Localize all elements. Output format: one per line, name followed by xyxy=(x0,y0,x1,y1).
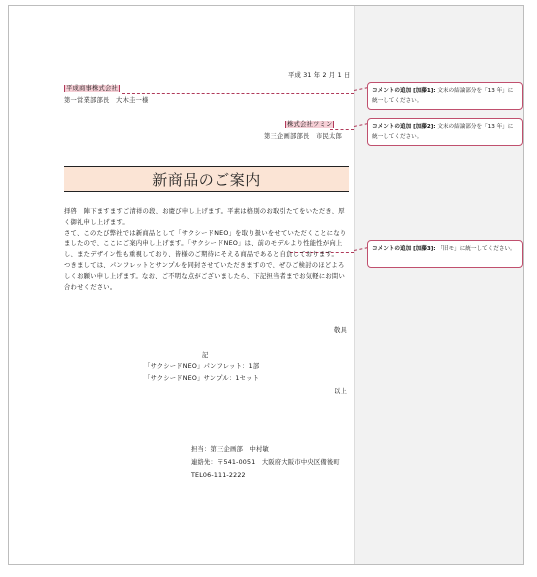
body-paragraph-1: 拝啓 陣下ますますご清祥の段、お慶び申し上げます。平素は格別のお取引たてをいただ… xyxy=(64,207,349,229)
comment-author: コメントの追加 [加藤2]: xyxy=(372,124,436,130)
enclosure-item-2: 「サクシードNEO」サンプル：1セット xyxy=(144,375,259,383)
comment-balloon-2[interactable]: コメントの追加 [加藤2]: 文末の結論部分を「13 年」に統一してください。 xyxy=(367,118,523,146)
comment-author: コメントの追加 [加藤1]: xyxy=(372,88,436,94)
comment-text: 「旧モ」に統一してください。 xyxy=(437,246,515,252)
comment-connector-1 xyxy=(122,93,354,94)
recipient-company[interactable]: 平成商事株式会社 xyxy=(64,85,120,93)
comment-balloon-3[interactable]: コメントの追加 [加藤3]: 「旧モ」に統一してください。 xyxy=(367,240,523,268)
comment-balloon-1[interactable]: コメントの追加 [加藤1]: 文末の結論部分を「13 年」に統一してください。 xyxy=(367,82,523,110)
body-paragraph-2: さて、このたび弊社では新商品として「サクシードNEO」を取り扱いをせていただくこ… xyxy=(64,229,349,261)
letter-body: 拝啓 陣下ますますご清祥の段、お慶び申し上げます。平素は格別のお取引たてをいただ… xyxy=(64,207,349,293)
closing-ijou: 以上 xyxy=(334,388,347,396)
enclosure-item-1: 「サクシードNEO」パンフレット：1部 xyxy=(144,363,259,371)
comment-author: コメントの追加 [加藤3]: xyxy=(372,246,436,252)
comment-highlight-2[interactable]: 株式会社ツミン xyxy=(285,121,334,128)
ki-heading: 記 xyxy=(202,352,209,360)
body-paragraph-3: つきましては、パンフレットとサンプルを同封させていただきますので、ぜひご検討のほ… xyxy=(64,261,349,293)
contact-phone: TEL06-111-2222 xyxy=(191,472,246,480)
comment-highlight-1[interactable]: 平成商事株式会社 xyxy=(64,85,120,92)
document-title: 新商品のご案内 xyxy=(64,166,349,192)
closing-keigu: 敬具 xyxy=(334,327,347,335)
recipient-person: 第一営業部部長 大木圭一様 xyxy=(64,97,148,105)
sender-person: 第三企画部部長 市民太郎 xyxy=(264,133,342,141)
contact-address: 連絡先：〒541-0051 大阪府大阪市中央区備後町 xyxy=(191,459,340,467)
comment-connector-2 xyxy=(330,129,354,130)
sender-company[interactable]: 株式会社ツミン xyxy=(285,121,334,129)
letter-date: 平成 31 年 2 月 1 日 xyxy=(288,72,351,80)
contact-person: 担当：第三企画部 中村敏 xyxy=(191,446,269,454)
